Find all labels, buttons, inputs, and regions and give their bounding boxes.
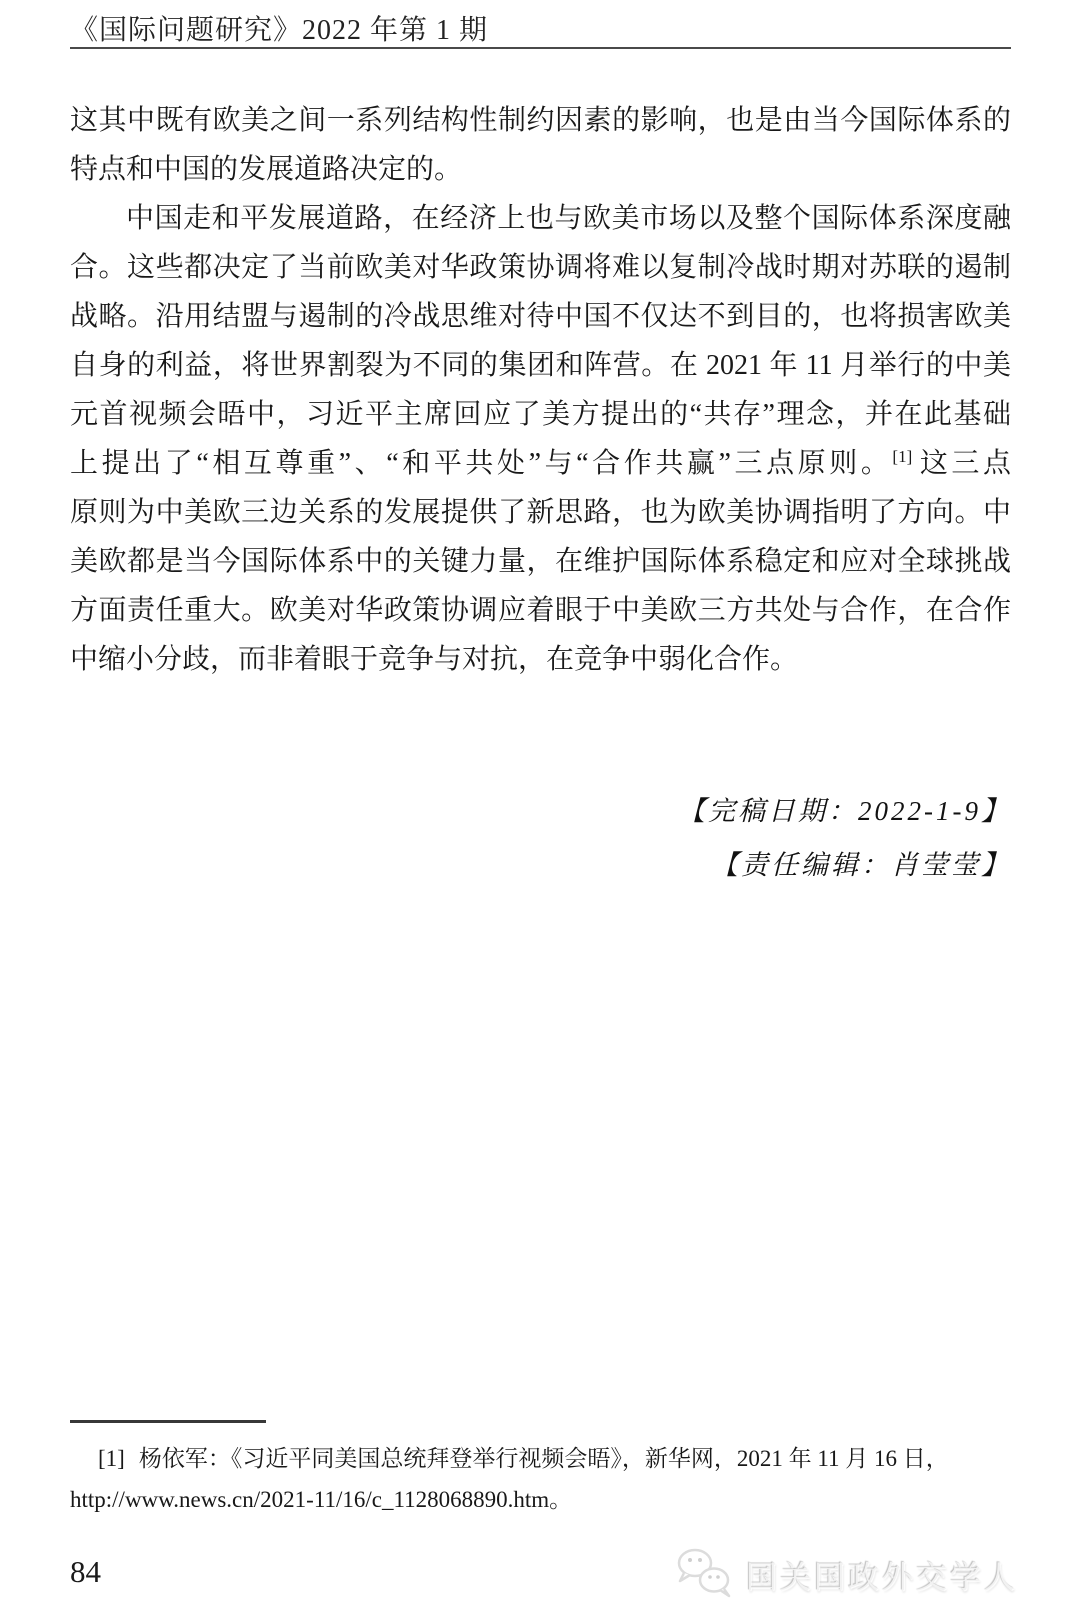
footnote-url: http://www.news.cn/2021-11/16/c_11280688… xyxy=(70,1479,1011,1520)
body-line: 方面责任重大。欧美对华政策协调应着眼于中美欧三方共处与合作，在合作 xyxy=(70,586,1011,635)
article-body: 这其中既有欧美之间一系列结构性制约因素的影响，也是由当今国际体系的 特点和中国的… xyxy=(70,96,1011,684)
body-line: 战略。沿用结盟与遏制的冷战思维对待中国不仅达不到目的，也将损害欧美 xyxy=(70,292,1011,341)
footnote-separator xyxy=(70,1420,266,1423)
header-rule xyxy=(70,47,1011,49)
body-line: 特点和中国的发展道路决定的。 xyxy=(70,145,1011,194)
footnote-ref-marker: [1] xyxy=(892,447,912,466)
body-text-segment: 这三点 xyxy=(916,448,1011,479)
body-line: 这其中既有欧美之间一系列结构性制约因素的影响，也是由当今国际体系的 xyxy=(70,96,1011,145)
body-line: 中缩小分歧，而非着眼于竞争与对抗，在竞争中弱化合作。 xyxy=(70,635,1011,684)
footnote-text: 杨依军：《习近平同美国总统拜登举行视频会晤》，新华网，2021 年 11 月 1… xyxy=(139,1446,949,1471)
body-line: 合。这些都决定了当前欧美对华政策协调将难以复制冷战时期对苏联的遏制 xyxy=(70,243,1011,292)
body-line: 美欧都是当今国际体系中的关键力量，在维护国际体系稳定和应对全球挑战 xyxy=(70,537,1011,586)
footnote-marker: [1] xyxy=(98,1446,125,1471)
body-line: 元首视频会晤中，习近平主席回应了美方提出的“共存”理念，并在此基础 xyxy=(70,390,1011,439)
body-line: 原则为中美欧三边关系的发展提供了新思路，也为欧美协调指明了方向。中 xyxy=(70,488,1011,537)
watermark-label: 国关国政外交学人 xyxy=(746,1552,1018,1597)
wechat-icon xyxy=(674,1546,736,1602)
body-text-segment: 上提出了“相互尊重”、“和平共处”与“合作共赢”三点原则。 xyxy=(70,448,892,479)
body-line: 中国走和平发展道路，在经济上也与欧美市场以及整个国际体系深度融 xyxy=(70,194,1011,243)
body-line: 自身的利益，将世界割裂为不同的集团和阵营。在 2021 年 11 月举行的中美 xyxy=(70,341,1011,390)
journal-header: 《国际问题研究》2022 年第 1 期 xyxy=(70,8,488,48)
footnote-line: [1]杨依军：《习近平同美国总统拜登举行视频会晤》，新华网，2021 年 11 … xyxy=(70,1438,1011,1479)
body-line-with-footnote-ref: 上提出了“相互尊重”、“和平共处”与“合作共赢”三点原则。[1]这三点 xyxy=(70,439,1011,488)
footnote-block: [1]杨依军：《习近平同美国总统拜登举行视频会晤》，新华网，2021 年 11 … xyxy=(70,1438,1011,1520)
journal-page: 《国际问题研究》2022 年第 1 期 这其中既有欧美之间一系列结构性制约因素的… xyxy=(0,0,1080,1620)
article-meta: 【完稿日期：2022-1-9】 【责任编辑：肖莹莹】 xyxy=(678,784,1011,892)
watermark: 国关国政外交学人 xyxy=(674,1546,1018,1602)
responsible-editor-line: 【责任编辑：肖莹莹】 xyxy=(678,838,1011,892)
page-number: 84 xyxy=(70,1554,101,1590)
completion-date-line: 【完稿日期：2022-1-9】 xyxy=(678,784,1011,838)
